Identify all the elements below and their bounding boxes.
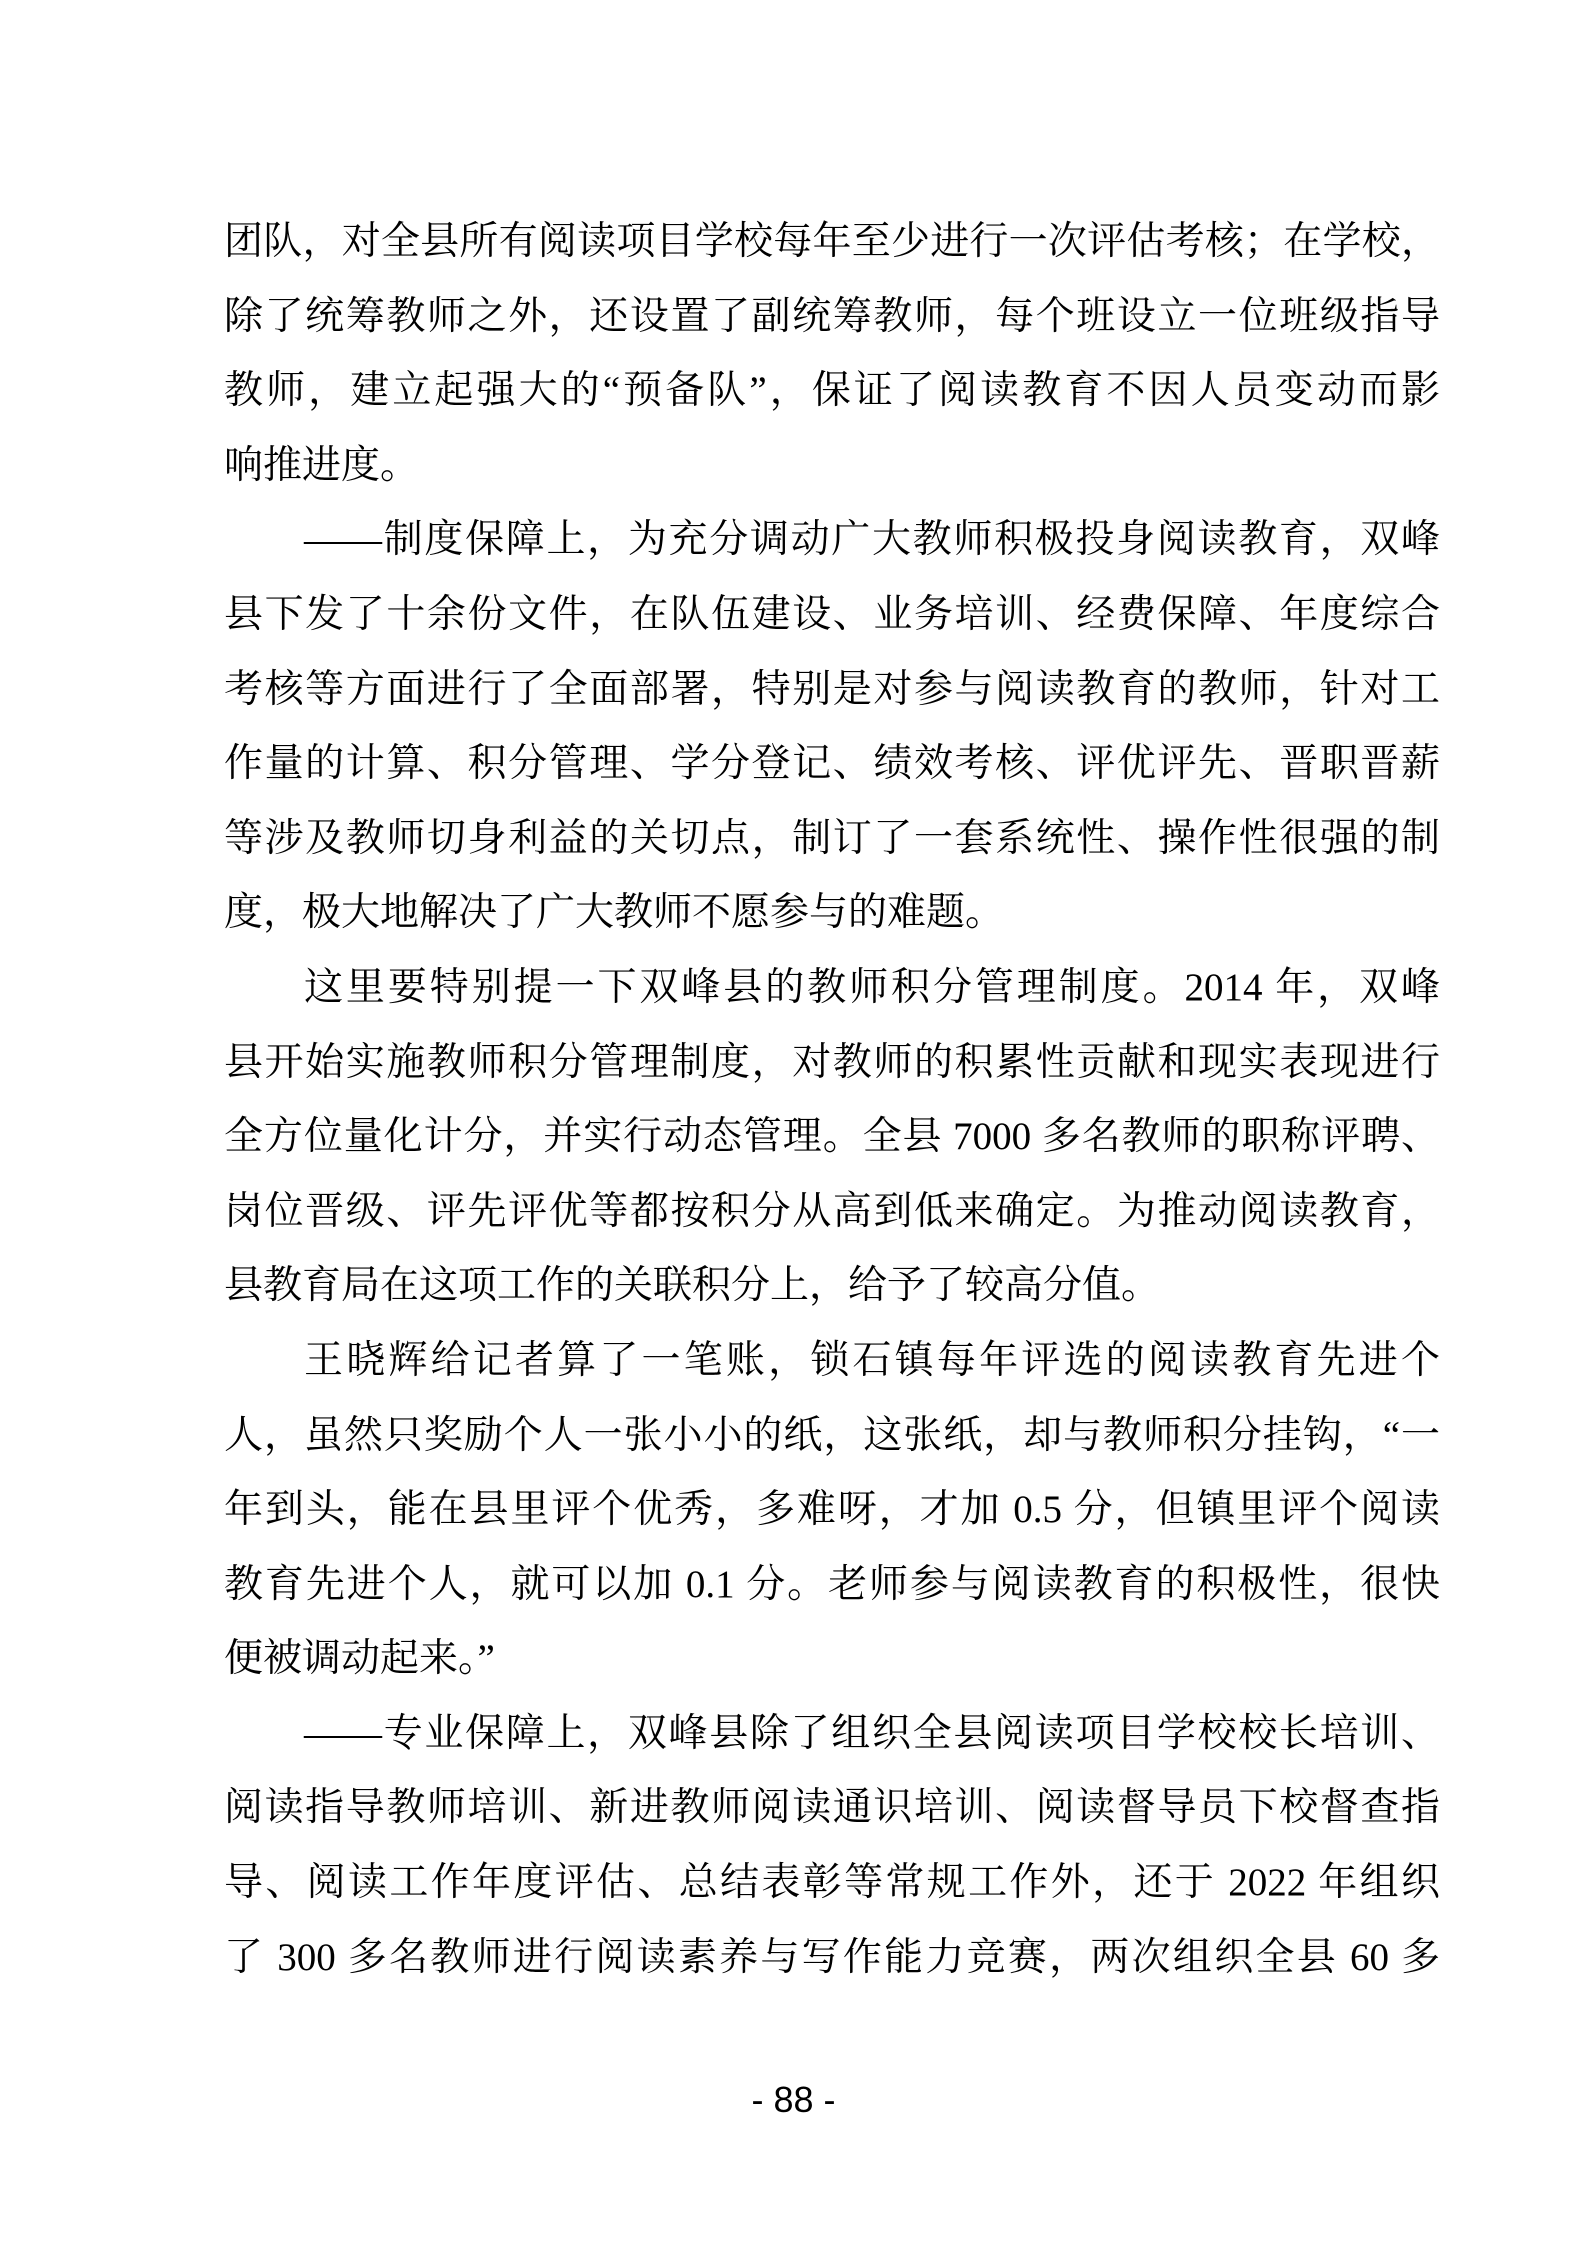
paragraph: ——专业保障上，双峰县除了组织全县阅读项目学校校长培训、 阅读指导教师培训、新进… — [224, 1697, 1440, 1995]
text-line: 县开始实施教师积分管理制度，对教师的积累性贡献和现实表现进行 — [224, 1026, 1440, 1101]
text-line: 等涉及教师切身利益的关切点，制订了一套系统性、操作性很强的制 — [224, 802, 1440, 877]
text-line: 这里要特别提一下双峰县的教师积分管理制度。2014 年，双峰 — [224, 951, 1440, 1026]
text-line: 人，虽然只奖励个人一张小小的纸，这张纸，却与教师积分挂钩，“一 — [224, 1399, 1440, 1474]
paragraph: ——制度保障上，为充分调动广大教师积极投身阅读教育，双峰 县下发了十余份文件，在… — [224, 503, 1440, 951]
text-line: ——专业保障上，双峰县除了组织全县阅读项目学校校长培训、 — [224, 1697, 1440, 1772]
text-line: 作量的计算、积分管理、学分登记、绩效考核、评优评先、晋职晋薪 — [224, 727, 1440, 802]
text-line: 考核等方面进行了全面部署，特别是对参与阅读教育的教师，针对工 — [224, 653, 1440, 728]
text-line: ——制度保障上，为充分调动广大教师积极投身阅读教育，双峰 — [224, 503, 1440, 578]
paragraph: 团队，对全县所有阅读项目学校每年至少进行一次评估考核；在学校， 除了统筹教师之外… — [224, 205, 1440, 503]
text-line: 阅读指导教师培训、新进教师阅读通识培训、阅读督导员下校督查指 — [224, 1771, 1440, 1846]
document-page: 团队，对全县所有阅读项目学校每年至少进行一次评估考核；在学校， 除了统筹教师之外… — [0, 0, 1587, 2245]
paragraph: 王晓辉给记者算了一笔账，锁石镇每年评选的阅读教育先进个 人，虽然只奖励个人一张小… — [224, 1324, 1440, 1697]
text-line: 教育先进个人，就可以加 0.1 分。老师参与阅读教育的积极性，很快 — [224, 1548, 1440, 1623]
text-line: 县下发了十余份文件，在队伍建设、业务培训、经费保障、年度综合 — [224, 578, 1440, 653]
text-line: 年到头，能在县里评个优秀，多难呀，才加 0.5 分，但镇里评个阅读 — [224, 1473, 1440, 1548]
text-line: 王晓辉给记者算了一笔账，锁石镇每年评选的阅读教育先进个 — [224, 1324, 1440, 1399]
text-line: 除了统筹教师之外，还设置了副统筹教师，每个班设立一位班级指导 — [224, 280, 1440, 355]
text-line: 导、阅读工作年度评估、总结表彰等常规工作外，还于 2022 年组织 — [224, 1846, 1440, 1921]
text-content: 团队，对全县所有阅读项目学校每年至少进行一次评估考核；在学校， 除了统筹教师之外… — [224, 205, 1440, 1995]
text-line: 县教育局在这项工作的关联积分上，给予了较高分值。 — [224, 1249, 1440, 1324]
text-line: 便被调动起来。” — [224, 1622, 1440, 1697]
paragraph: 这里要特别提一下双峰县的教师积分管理制度。2014 年，双峰 县开始实施教师积分… — [224, 951, 1440, 1324]
text-line: 响推进度。 — [224, 429, 1440, 504]
text-line: 全方位量化计分，并实行动态管理。全县 7000 多名教师的职称评聘、 — [224, 1100, 1440, 1175]
text-line: 了 300 多名教师进行阅读素养与写作能力竞赛，两次组织全县 60 多 — [224, 1921, 1440, 1996]
text-line: 度，极大地解决了广大教师不愿参与的难题。 — [224, 876, 1440, 951]
page-number: - 88 - — [0, 2078, 1587, 2122]
text-line: 团队，对全县所有阅读项目学校每年至少进行一次评估考核；在学校， — [224, 205, 1440, 280]
text-line: 岗位晋级、评先评优等都按积分从高到低来确定。为推动阅读教育， — [224, 1175, 1440, 1250]
text-line: 教师，建立起强大的“预备队”，保证了阅读教育不因人员变动而影 — [224, 354, 1440, 429]
